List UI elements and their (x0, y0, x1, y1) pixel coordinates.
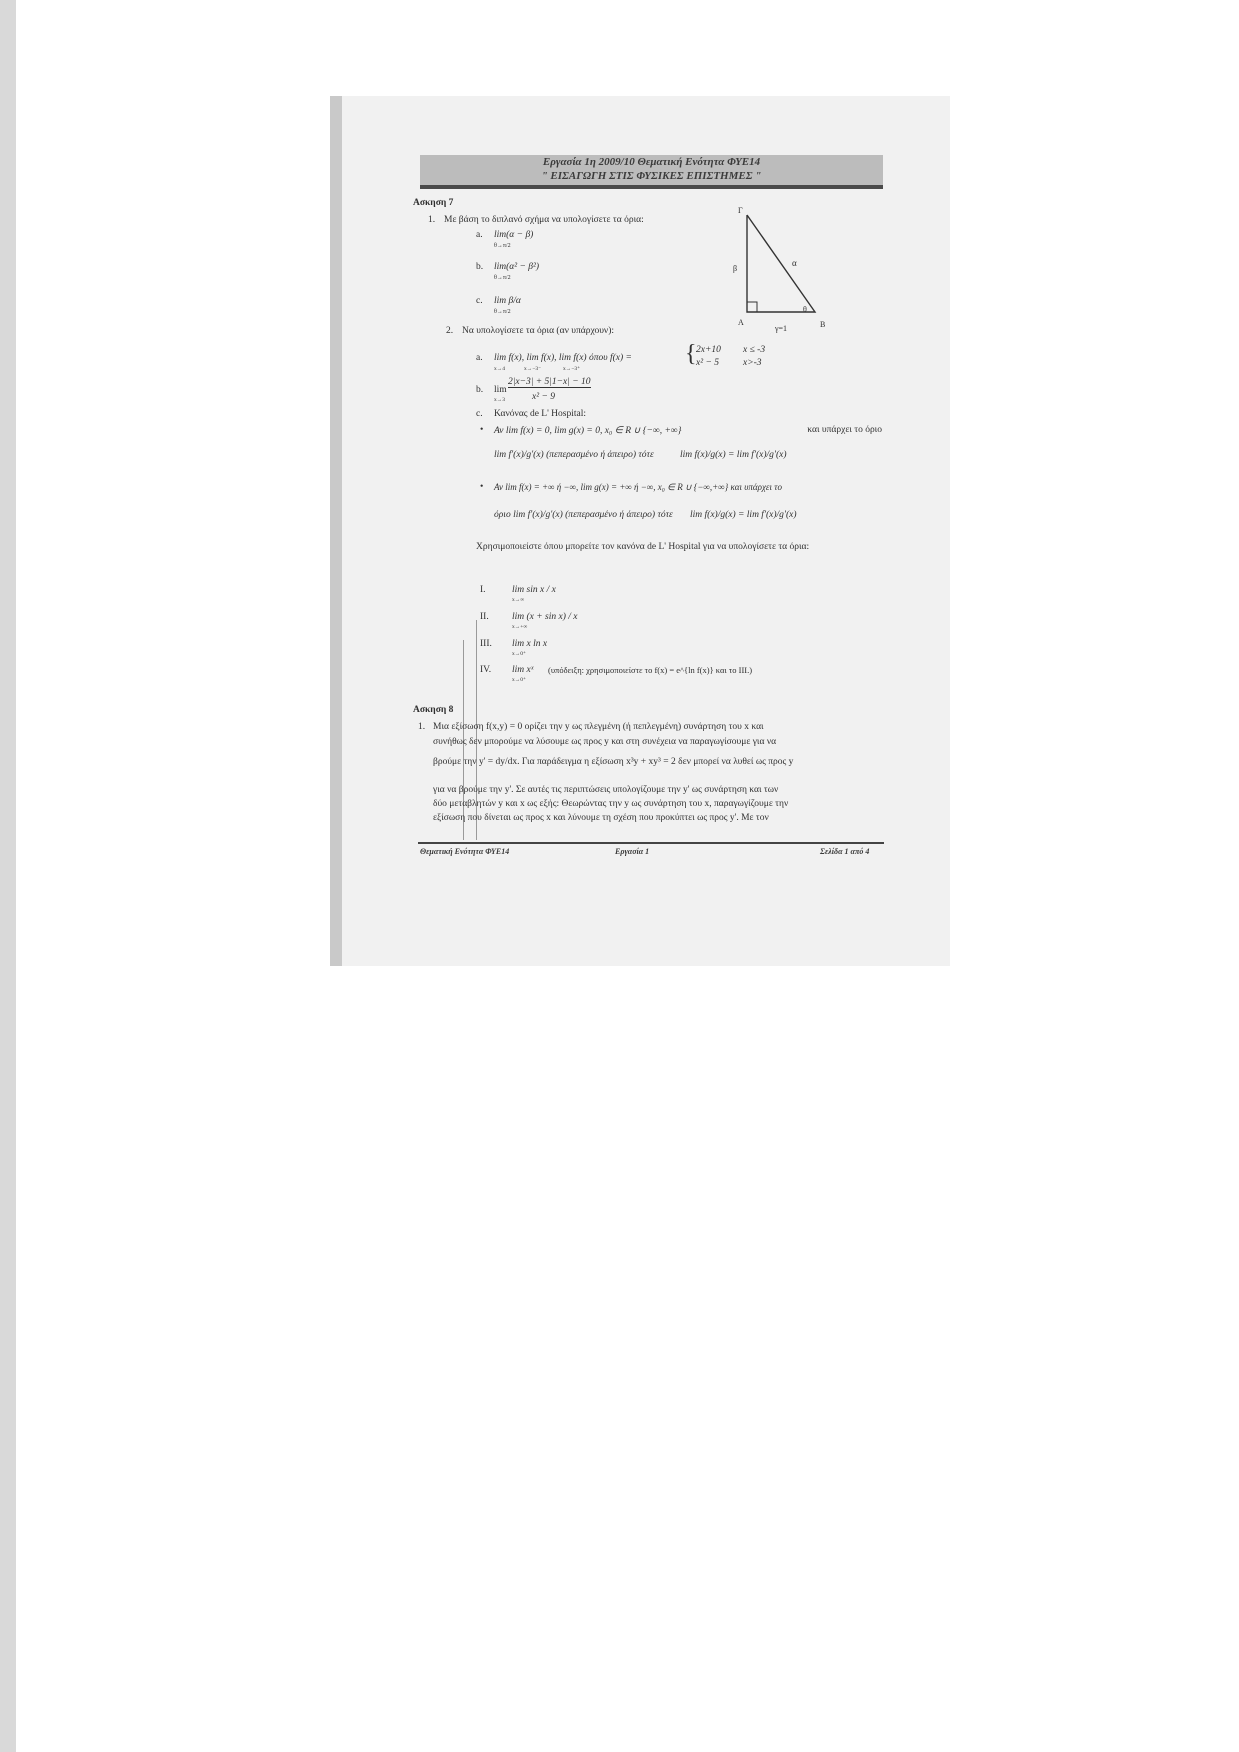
vertex-gamma-label: Γ (738, 206, 743, 215)
ex8-line-2: συνήθως δεν μπορούμε να λύσουμε ως προς … (433, 737, 776, 747)
q1b-under: θ→π/2 (494, 275, 511, 281)
footer-rule (418, 842, 884, 844)
side-gamma-label: γ=1 (775, 324, 787, 333)
q1b-label: b. (476, 262, 483, 272)
limit-II-label: II. (480, 612, 489, 622)
q1c-under: θ→π/2 (494, 309, 511, 315)
side-beta-label: β (733, 264, 737, 273)
bullet2-line2-pre: όριο lim f'(x)/g'(x) (πεπερασμένο ή άπει… (494, 510, 673, 520)
q1a-expr: lim(α − β) (494, 230, 533, 240)
bullet-1: • (480, 425, 483, 435)
q2a-label: a. (476, 353, 483, 363)
bullet2-line1: Αν lim f(x) = +∞ ή −∞, lim g(x) = +∞ ή −… (494, 482, 782, 493)
q1a-label: a. (476, 230, 483, 240)
limit-I-expr: lim sin x / x (512, 585, 556, 595)
q2b-denominator: x² − 9 (532, 392, 555, 402)
bullet1-line1: Αν lim f(x) = 0, lim g(x) = 0, x₀ ∈ R ∪ … (494, 425, 681, 436)
limit-III-under: x→0⁺ (512, 651, 526, 657)
ex8-line-5: δύο μεταβλητών y και x ως εξής: Θεωρώντα… (433, 799, 788, 809)
q1a-under: θ→π/2 (494, 243, 511, 249)
lhospital-title: Κανόνας de L' Hospital: (494, 409, 586, 419)
limit-IV-under: x→0⁺ (512, 677, 526, 683)
q2a-under-2: x→−3⁻ (524, 366, 541, 372)
angle-theta-label: θ (803, 305, 807, 314)
right-triangle-figure (735, 205, 845, 330)
scan-border-strip (0, 0, 16, 1752)
vertex-a-label: Α (738, 318, 744, 327)
piecewise-case1: 2x+10 (696, 345, 721, 355)
q2b-numerator: 2|x−3| + 5|1−x| − 10 (508, 377, 591, 388)
limit-IV-label: IV. (480, 665, 491, 675)
q2b-lim: lim (494, 385, 507, 395)
piecewise-case2: x² − 5 (696, 358, 719, 368)
ex8-line-6: εξίσωση που δίνεται ως προς x και λύνουμ… (433, 813, 769, 823)
ex8-line-3: βρούμε την y' = dy/dx. Για παράδειγμα η … (433, 757, 793, 767)
footer-right: Σελίδα 1 από 4 (820, 847, 869, 856)
bullet2-line2-post: lim f(x)/g(x) = lim f'(x)/g'(x) (690, 510, 797, 520)
header-title-line1: Εργασία 1η 2009/10 Θεματική Ενότητα ΦΥΕ1… (420, 156, 883, 168)
header-rule (420, 185, 883, 189)
bullet1-tail: και υπάρχει το όριο (760, 425, 882, 435)
q2a-expr: lim f(x), lim f(x), lim f(x) όπου f(x) = (494, 353, 632, 363)
limit-II-under: x→+∞ (512, 624, 527, 630)
bullet-2: • (480, 482, 483, 492)
q2c-label: c. (476, 409, 483, 419)
piecewise-cond2: x>-3 (743, 358, 762, 368)
footer-left: Θεματική Ενότητα ΦΥΕ14 (420, 847, 509, 856)
ex8-line-1: Μια εξίσωση f(x,y) = 0 ορίζει την y ως π… (433, 722, 764, 732)
q2-number: 2. (446, 326, 453, 336)
limit-III-label: III. (480, 639, 492, 649)
q2a-under-1: x→4 (494, 366, 505, 372)
q1-text: Με βάση το διπλανό σχήμα να υπολογίσετε … (444, 215, 644, 225)
q2b-label: b. (476, 385, 483, 395)
header-title-line2: " ΕΙΣΑΓΩΓΗ ΣΤΙΣ ΦΥΣΙΚΕΣ ΕΠΙΣΤΗΜΕΣ " (420, 170, 883, 182)
limit-III-expr: lim x ln x (512, 639, 547, 649)
footer-center: Εργασία 1 (615, 847, 649, 856)
scan-edge-shadow (330, 96, 342, 966)
bullet1-line2-post: lim f(x)/g(x) = lim f'(x)/g'(x) (680, 450, 787, 460)
ex8-line-4: για να βρούμε την y'. Σε αυτές τις περιπ… (433, 785, 778, 795)
vertex-b-label: Β (820, 320, 825, 329)
q1b-expr: lim(α² − β²) (494, 262, 539, 272)
piecewise-cond1: x ≤ -3 (743, 345, 765, 355)
limit-IV-hint: (υπόδειξη: χρησιμοποιείστε το f(x) = e^{… (548, 665, 752, 675)
limit-I-under: x→∞ (512, 597, 524, 603)
q2b-under: x→3 (494, 397, 505, 403)
exercise8-title: Ασκηση 8 (413, 705, 453, 715)
lhospital-instruction: Χρησιμοποιείστε όπου μπορείτε τον κανόνα… (476, 542, 881, 552)
bullet1-line2-pre: lim f'(x)/g'(x) (πεπερασμένο ή άπειρο) τ… (494, 450, 654, 460)
ex8-number: 1. (418, 722, 425, 732)
q1-number: 1. (428, 215, 435, 225)
exercise7-title: Ασκηση 7 (413, 198, 453, 208)
q1c-expr: lim β/α (494, 296, 521, 306)
limit-I-label: I. (480, 585, 486, 595)
q2-text: Να υπολογίσετε τα όρια (αν υπάρχουν): (462, 326, 614, 336)
piecewise-brace: { (685, 342, 697, 366)
limit-II-expr: lim (x + sin x) / x (512, 612, 578, 622)
side-alpha-label: α (792, 258, 797, 268)
q2a-under-3: x→−3⁺ (563, 366, 580, 372)
limit-IV-expr: lim xˣ (512, 665, 533, 675)
q1c-label: c. (476, 296, 483, 306)
scanned-page (330, 96, 950, 966)
